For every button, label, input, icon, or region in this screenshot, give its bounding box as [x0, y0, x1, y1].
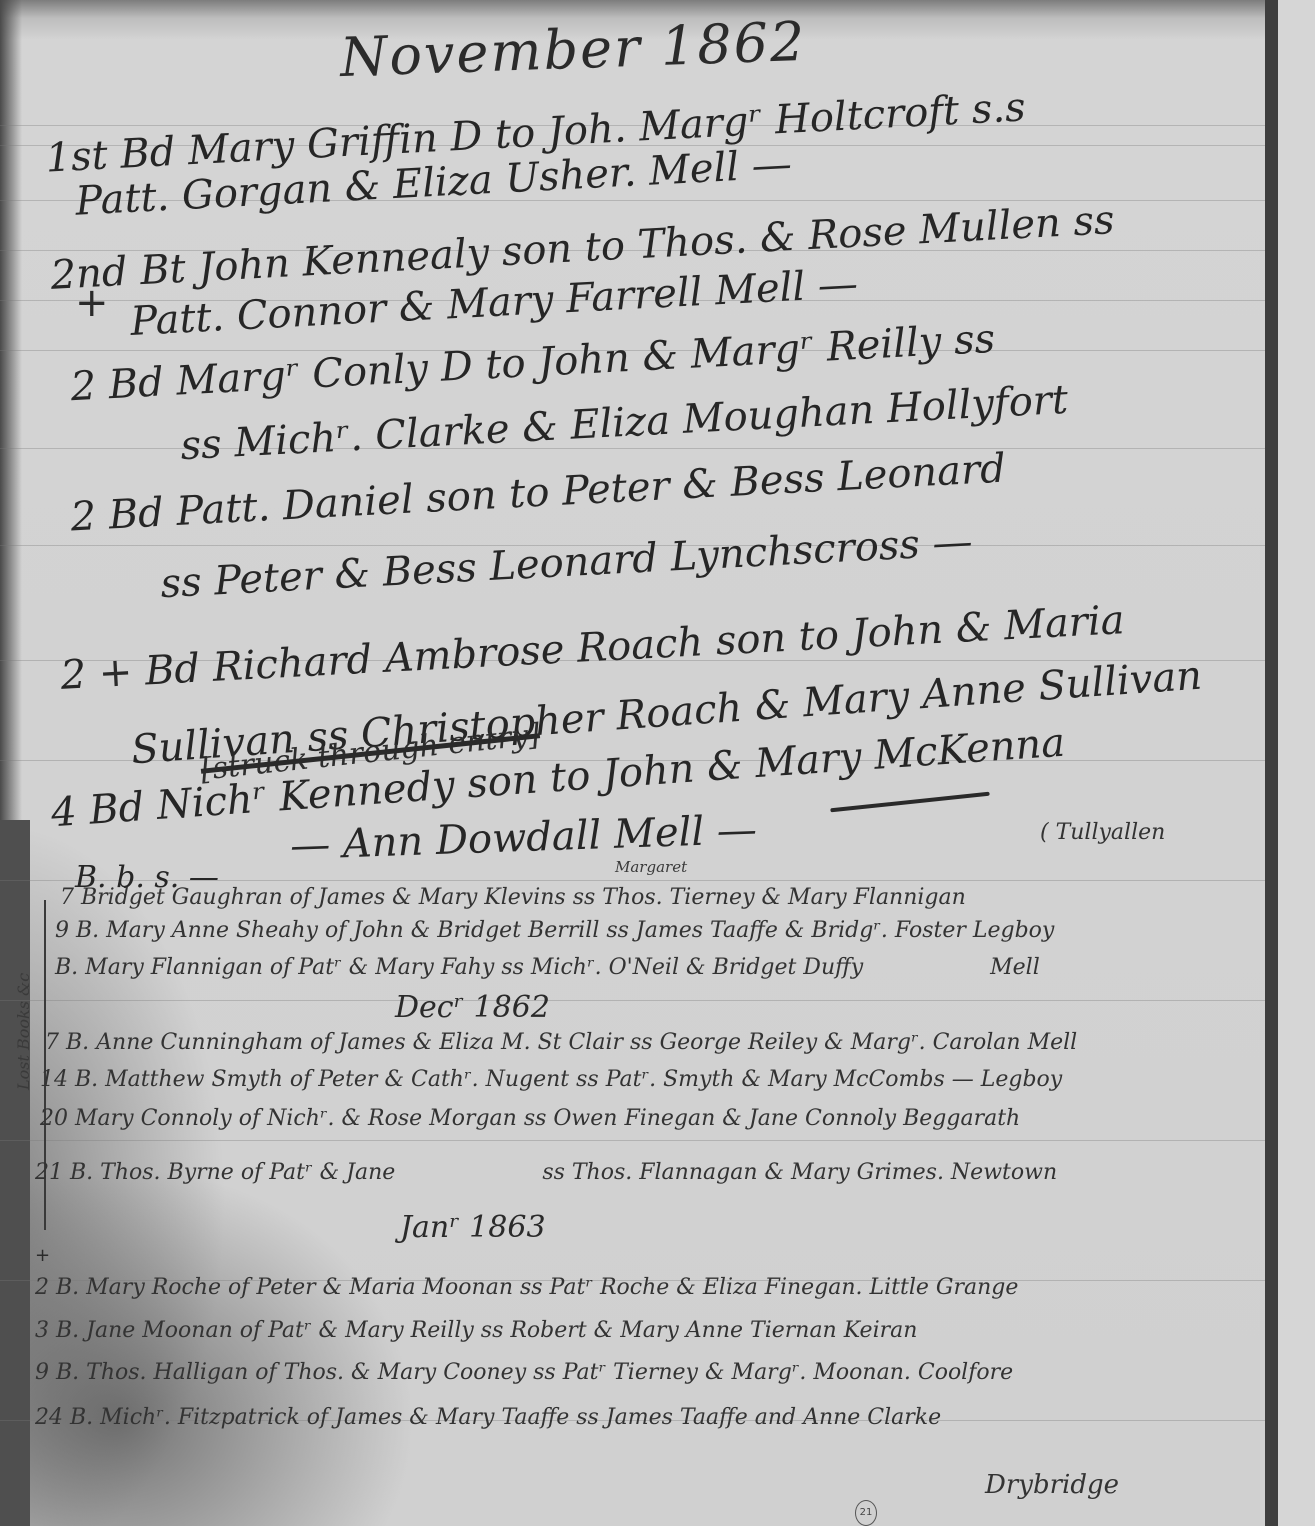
adjacent-page-strip	[1278, 0, 1315, 1526]
entry-day: 14 B.	[40, 1067, 98, 1092]
entry-type: Bd	[144, 646, 201, 695]
ruled-line	[0, 1000, 1315, 1001]
entry-text: Thos. Halligan of Thos. & Mary Cooney ss…	[86, 1360, 1013, 1385]
entry-text: Michʳ. Fitzpatrick of James & Mary Taaff…	[100, 1405, 941, 1430]
place-note: ( Tullyallen	[1040, 820, 1165, 845]
entry-text: Mary Connoly of Nichʳ. & Rose Morgan ss …	[75, 1106, 1020, 1131]
register-page: November 1862 1st Bd Mary Griffin D to J…	[0, 0, 1315, 1526]
entry-sponsors: ss Thos. Flannagan & Mary Grimes. Newtow…	[542, 1160, 1057, 1185]
entry-text: Jane Moonan of Patʳ & Mary Reilly ss Rob…	[86, 1318, 917, 1343]
entry-day: B.	[55, 955, 78, 980]
entry-day: 9 B.	[35, 1360, 79, 1385]
entry-line: 7 Bridget Gaughran of James & Mary Klevi…	[60, 885, 966, 910]
entry-day: 2 B.	[35, 1275, 79, 1300]
entry-line: 21 B. Thos. Byrne of Patʳ & Jane ss Thos…	[35, 1160, 1057, 1185]
entry-sponsors: — Ann Dowdall Mell —	[289, 807, 757, 869]
entry-line: — Ann Dowdall Mell —	[289, 807, 757, 869]
entry-text: Mary Flannigan of Patʳ & Mary Fahy ss Mi…	[85, 955, 863, 980]
entry-day: 3 B.	[35, 1318, 79, 1343]
cross-mark-icon: +	[75, 280, 109, 326]
entry-day: 2	[69, 363, 97, 410]
entry-sponsors: ss Peter & Bess Leonard Lynchscross —	[159, 519, 973, 607]
subheading-january: Janʳ 1863	[400, 1210, 546, 1245]
entry-text: Bridget Gaughran of James & Mary Klevins…	[81, 885, 966, 910]
cross-mark-icon: +	[35, 1245, 50, 1266]
entry-day: 20	[40, 1106, 68, 1131]
entry-place: Drybridge	[985, 1470, 1119, 1500]
entry-text: Mary Roche of Peter & Maria Moonan ss Pa…	[86, 1275, 1018, 1300]
line-terminator	[830, 792, 990, 813]
right-margin-rule	[1265, 0, 1278, 1526]
entry-line: ss Peter & Bess Leonard Lynchscross —	[159, 519, 973, 607]
entry-day: 1st	[44, 132, 108, 181]
entry-line: 2 B. Mary Roche of Peter & Maria Moonan …	[35, 1275, 1018, 1300]
entry-text: Matthew Smyth of Peter & Cathʳ. Nugent s…	[105, 1067, 1062, 1092]
folio-number: 21	[855, 1500, 877, 1526]
ruled-line	[0, 1140, 1315, 1141]
entry-type: Bd	[88, 784, 146, 834]
entry-day: 4	[50, 789, 79, 837]
entry-day: 7 B.	[45, 1030, 89, 1055]
entry-line: 20 Mary Connoly of Nichʳ. & Rose Morgan …	[40, 1106, 1020, 1131]
entry-line: B. Mary Flannigan of Patʳ & Mary Fahy ss…	[55, 955, 1040, 980]
entry-place: Mell	[990, 955, 1040, 980]
page-heading: November 1862	[339, 10, 807, 89]
entry-line: 14 B. Matthew Smyth of Peter & Cathʳ. Nu…	[40, 1067, 1062, 1092]
interlinear-note: Margaret	[615, 858, 687, 876]
entry-day: 21 B.	[35, 1160, 93, 1185]
entry-line: 3 B. Jane Moonan of Patʳ & Mary Reilly s…	[35, 1318, 917, 1343]
entry-line: 9 B. Thos. Halligan of Thos. & Mary Coon…	[35, 1360, 1013, 1385]
entry-day: 9 B.	[55, 918, 99, 943]
entry-line: 24 B. Michʳ. Fitzpatrick of James & Mary…	[35, 1405, 941, 1430]
entry-type: Bd	[108, 490, 165, 539]
cross-mark-icon: +	[98, 649, 134, 697]
entry-text: Anne Cunningham of James & Eliza M. St C…	[96, 1030, 1077, 1055]
entry-type: Bd	[119, 129, 176, 178]
entry-type: Bt	[139, 246, 187, 294]
entry-type: Bd	[108, 359, 165, 408]
subheading-december: Decʳ 1862	[395, 990, 550, 1025]
entry-line: 7 B. Anne Cunningham of James & Eliza M.…	[45, 1030, 1077, 1055]
entry-day: 2	[60, 652, 88, 699]
entry-day: 2	[69, 493, 97, 540]
margin-note: Lost Books &c	[14, 973, 33, 1090]
entry-day: 7	[60, 885, 74, 910]
entry-text: Mary Anne Sheahy of John & Bridget Berri…	[106, 918, 1054, 943]
entry-day: 24 B.	[35, 1405, 93, 1430]
entry-line: 9 B. Mary Anne Sheahy of John & Bridget …	[55, 918, 1054, 943]
entry-text: Thos. Byrne of Patʳ & Jane	[100, 1160, 395, 1185]
